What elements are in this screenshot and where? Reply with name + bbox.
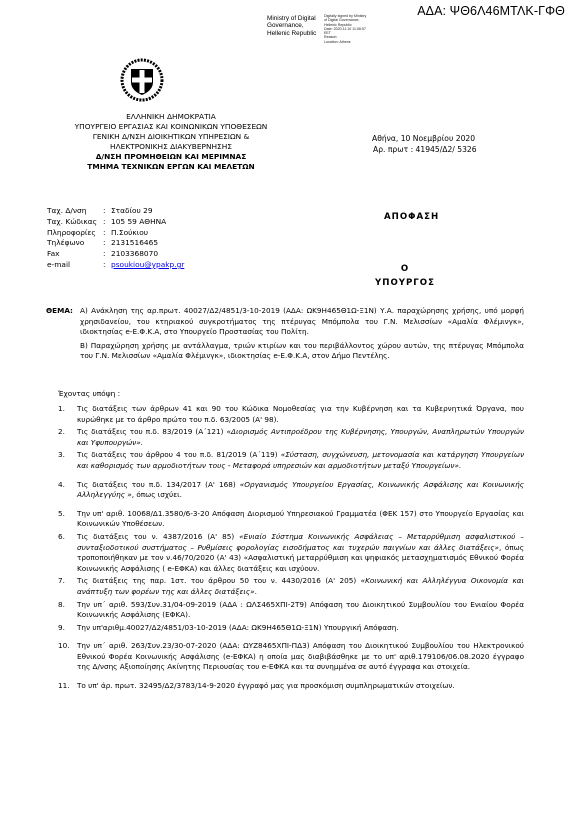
list-item: 10.Την υπ΄ αριθ. 263/Συν.23/30-07-2020 (… — [58, 641, 524, 673]
list-item-text: Την υπ' αριθ. 10068/Δ1.3580/6-3-20 Απόφα… — [77, 509, 524, 530]
list-item-number: 5. — [58, 509, 77, 530]
list-item: 2.Τις διατάξεις του π.δ. 83/2019 (Α΄121)… — [58, 427, 524, 448]
minister-title: Ο ΥΠΟΥΡΓΟΣ — [365, 262, 445, 290]
ada-code: ΑΔΑ: ΨΘ6Λ46ΜΤΛΚ-ΓΦΘ — [417, 4, 565, 18]
considering-label: Έχοντας υπόψη : — [58, 389, 120, 398]
list-item: 6.Τις διατάξεις του ν. 4387/2016 (Α' 85)… — [58, 532, 524, 574]
list-item-text: Τις διατάξεις του π.δ. 134/2017 (Α' 168)… — [77, 480, 524, 501]
list-item-text: Την υπ΄ αριθ. 593/Συν.31/04-09-2019 (ΑΔΑ… — [77, 600, 524, 621]
list-item-text: Τις διατάξεις του π.δ. 83/2019 (Α΄121) «… — [77, 427, 524, 448]
list-item: 1.Τις διατάξεις των άρθρων 41 και 90 του… — [58, 404, 524, 425]
protocol-number: Αρ. πρωτ : 41945/Δ2/ 5326 — [372, 144, 477, 155]
list-item: 5.Την υπ' αριθ. 10068/Δ1.3580/6-3-20 Από… — [58, 509, 524, 530]
list-item: 11.Το υπ' άρ. πρωτ. 32495/Δ2/3783/14-9-2… — [58, 681, 524, 692]
list-item-number: 7. — [58, 576, 77, 597]
list-item-number: 4. — [58, 480, 77, 501]
list-item-number: 10. — [58, 641, 77, 673]
list-item: 7.Τις διατάξεις της παρ. 1στ. του άρθρου… — [58, 576, 524, 597]
list-item-text: Την υπ΄ αριθ. 263/Συν.23/30-07-2020 (ΑΔΑ… — [77, 641, 524, 673]
list-item-number: 8. — [58, 600, 77, 621]
list-item-number: 3. — [58, 450, 77, 471]
subject-part-a: Α) Ανάκληση της αρ.πρωτ. 40027/Δ2/4851/3… — [80, 306, 524, 338]
subject-section: ΘΕΜΑ: Α) Ανάκληση της αρ.πρωτ. 40027/Δ2/… — [46, 306, 524, 365]
date-line: Αθήνα, 10 Νοεμβρίου 2020 — [372, 133, 477, 144]
letterhead: ΕΛΛΗΝΙΚΗ ΔΗΜΟΚΡΑΤΙΑ ΥΠΟΥΡΓΕΙΟ ΕΡΓΑΣΙΑΣ Κ… — [40, 112, 302, 173]
signature-metadata: Digitally signed by Ministry of Digital … — [324, 14, 374, 44]
list-item-text: Τις διατάξεις του άρθρου 4 του π.δ. 81/2… — [77, 450, 524, 471]
list-item-number: 6. — [58, 532, 77, 574]
list-item-number: 2. — [58, 427, 77, 448]
list-item-text: Τις διατάξεις του ν. 4387/2016 (Α' 85) «… — [77, 532, 524, 574]
considerations-list: 1.Τις διατάξεις των άρθρων 41 και 90 του… — [58, 404, 524, 694]
date-protocol: Αθήνα, 10 Νοεμβρίου 2020 Αρ. πρωτ : 4194… — [372, 133, 477, 155]
contact-details: Ταχ. Δ/νση:Σταδίου 29 Ταχ. Κώδικας:105 5… — [47, 206, 184, 271]
list-item: 9.Την υπ'αριθμ.40027/Δ2/4851/03-10-2019 … — [58, 623, 524, 634]
list-item-text: Τις διατάξεις των άρθρων 41 και 90 του Κ… — [77, 404, 524, 425]
email-link[interactable]: psoukiou@ypakp.gr — [111, 260, 184, 271]
decision-title: ΑΠΟΦΑΣΗ — [384, 212, 439, 222]
subject-label: ΘΕΜΑ: — [46, 306, 73, 317]
list-item-number: 9. — [58, 623, 77, 634]
subject-part-b: Β) Παραχώρηση χρήσης με αντάλλαγμα, τριώ… — [80, 341, 524, 362]
list-item-text: Την υπ'αριθμ.40027/Δ2/4851/03-10-2019 (Α… — [77, 623, 524, 634]
list-item: 3.Τις διατάξεις του άρθρου 4 του π.δ. 81… — [58, 450, 524, 471]
list-item: 8.Την υπ΄ αριθ. 593/Συν.31/04-09-2019 (Α… — [58, 600, 524, 621]
list-item-number: 11. — [58, 681, 77, 692]
greek-coat-of-arms-icon — [120, 58, 164, 102]
list-item: 4.Τις διατάξεις του π.δ. 134/2017 (Α' 16… — [58, 480, 524, 501]
list-item-number: 1. — [58, 404, 77, 425]
signature-organization: Ministry of Digital Governance, Hellenic… — [267, 15, 316, 37]
list-item-text: Τις διατάξεις της παρ. 1στ. του άρθρου 5… — [77, 576, 524, 597]
list-item-text: Το υπ' άρ. πρωτ. 32495/Δ2/3783/14-9-2020… — [77, 681, 524, 692]
